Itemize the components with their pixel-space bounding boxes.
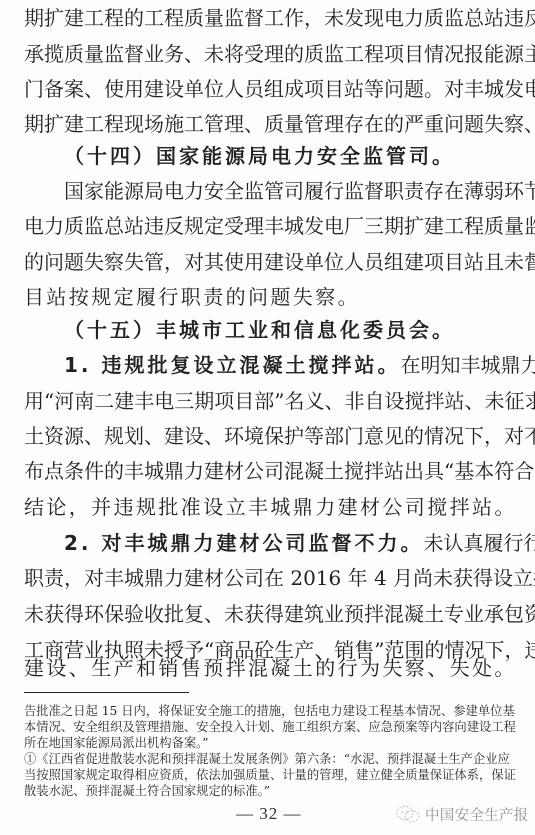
item-1-line: 1. 违规批复设立混凝土搅拌站。在明知丰城鼎力建材公司借 — [64, 347, 502, 383]
item-1-text: 在明知丰城鼎力建材公司借 — [400, 353, 535, 377]
body-line: 期扩建工程现场施工管理、质量管理存在的严重问题失察、失处。 — [24, 106, 502, 142]
body-line: 门备案、使用建设单位人员组成项目站等问题。对丰城发电厂三 — [24, 71, 502, 107]
body-line: 目站按规定履行职责的问题失察。 — [24, 279, 360, 315]
section-heading-14: （十四）国家能源局电力安全监管司。 — [64, 138, 455, 174]
body-line: 土资源、规划、建设、环境保护等部门意见的情况下，对不符合 — [24, 418, 502, 454]
item-2-text: 未认真履行行业监督管理 — [423, 531, 535, 555]
wechat-bubble-icon — [395, 805, 421, 823]
item-1-title: 1. 违规批复设立混凝土搅拌站。 — [64, 353, 400, 377]
body-line: 未获得环保验收批复、未获得建筑业预拌混凝土专业承包资质、 — [24, 596, 502, 632]
item-2-title: 2. 对丰城鼎力建材公司监督不力。 — [64, 531, 423, 555]
body-line: 期扩建工程的工程质量监督工作，未发现电力质监总站违反规定 — [24, 0, 502, 36]
body-line: 国家能源局电力安全监管司履行监督职责存在薄弱环节，对 — [64, 173, 502, 209]
footnote-line: 所在地国家能源局派出机构备案。” — [24, 735, 209, 751]
page-number: — 32 — — [236, 803, 302, 825]
section-heading-15: （十五）丰城市工业和信息化委员会。 — [64, 312, 455, 348]
footnote-line: 告批准之日起 15 日内，将保证安全施工的措施，包括电力建设工程基本情况、参建单… — [24, 703, 502, 719]
body-line: 电力质监总站违反规定受理丰城发电厂三期扩建工程质量监督 — [24, 208, 502, 244]
body-line: 建设、生产和销售预拌混凝土的行为失察、失处。 — [24, 650, 517, 686]
body-line: 布点条件的丰城鼎力建材公司混凝土搅拌站出具“基本符合”的 — [24, 453, 502, 489]
body-line: 的问题失察失管，对其使用建设单位人员组建项目站且未督促项 — [24, 244, 502, 280]
footnote-line: 本情况、安全组织及管理措施、安全投入计划、施工组织方案、应急预案等内容向建设工程 — [24, 719, 502, 735]
watermark-text: 中国安全生产报 — [425, 804, 529, 825]
footnote-line: ①《江西省促进散装水泥和预拌混凝土发展条例》第六条：“水泥、预拌混凝土生产企业应 — [24, 751, 502, 767]
body-line: 结论，并违规批准设立丰城鼎力建材公司搅拌站。 — [24, 489, 517, 525]
body-line: 用“河南二建丰电三期项目部”名义、非自设搅拌站、未征求国 — [24, 383, 502, 419]
footnote-line: 当按照国家规定取得相应资质，依法加强质量、计量的管理，建立健全质量保证体系，保证 — [24, 767, 502, 783]
document-page: 期扩建工程的工程质量监督工作，未发现电力质监总站违反规定 承揽质量监督业务、未将… — [0, 0, 535, 835]
watermark: 中国安全生产报 — [395, 803, 529, 825]
footnote-line: 散装水泥、预拌混凝土符合国家规定的标准。” — [24, 783, 270, 799]
body-line: 承揽质量监督业务、未将受理的质监工程项目情况报能源主管部 — [24, 36, 502, 72]
item-2-line: 2. 对丰城鼎力建材公司监督不力。未认真履行行业监督管理 — [64, 525, 502, 561]
body-line: 职责，对丰城鼎力建材公司在 2016 年 4 月尚未获得设立批复、 — [24, 560, 502, 596]
footnote-divider — [24, 692, 189, 693]
